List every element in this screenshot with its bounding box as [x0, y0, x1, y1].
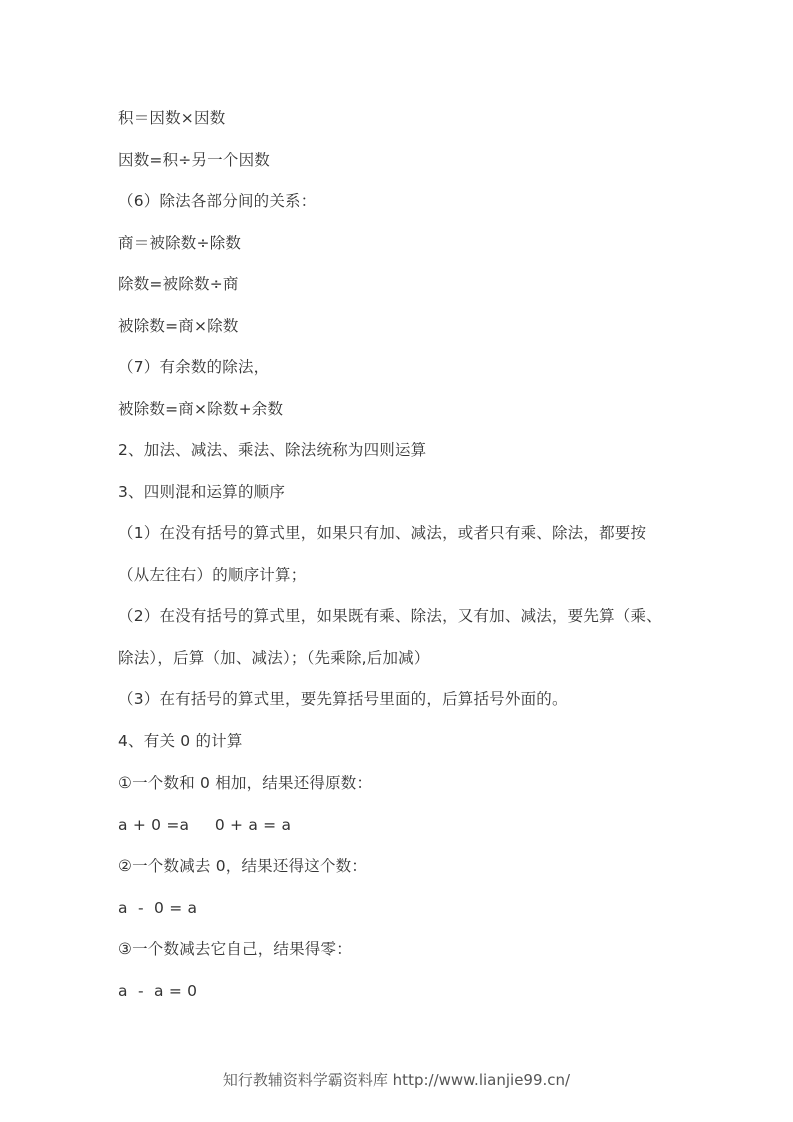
rule-2-line-2: 除法），后算（加、减法）；（先乘除,后加减）: [118, 648, 430, 668]
zero-rule-1: ①一个数和 0 相加，结果还得原数：: [118, 773, 372, 793]
rule-1-line-2: （从左往右）的顺序计算；: [118, 565, 306, 585]
formula-divisor: 除数=被除数÷商: [118, 274, 239, 294]
zero-rule-2: ②一个数减去 0，结果还得这个数：: [118, 856, 367, 876]
document-page: 积＝因数×因数 因数=积÷另一个因数 （6）除法各部分间的关系： 商＝被除数÷除…: [0, 0, 793, 1122]
heading-zero-calculations: 4、有关 0 的计算: [118, 731, 243, 751]
rule-2-line-1: （2）在没有括号的算式里，如果既有乘、除法，又有加、减法，要先算（乘、: [118, 606, 662, 626]
section-heading-remainder-division: （7）有余数的除法，: [118, 357, 269, 377]
section-heading-division-relations: （6）除法各部分间的关系：: [118, 191, 316, 211]
formula-product: 积＝因数×因数: [118, 108, 225, 128]
formula-dividend-remainder: 被除数=商×除数+余数: [118, 399, 283, 419]
paragraph-four-operations: 2、加法、减法、乘法、除法统称为四则运算: [118, 440, 426, 460]
formula-quotient: 商＝被除数÷除数: [118, 233, 241, 253]
heading-mixed-operations-order: 3、四则混和运算的顺序: [118, 482, 285, 502]
formula-dividend: 被除数=商×除数: [118, 316, 239, 336]
zero-formula-3: a - a = 0: [118, 981, 197, 1001]
rule-3: （3）在有括号的算式里，要先算括号里面的，后算括号外面的。: [118, 689, 568, 709]
zero-formula-1: a + 0 =a 0 + a = a: [118, 815, 291, 835]
formula-factor: 因数=积÷另一个因数: [118, 150, 270, 170]
zero-formula-2: a - 0 = a: [118, 898, 197, 918]
page-footer-watermark: 知行教辅资料学霸资料库 http://www.lianjie99.cn/: [0, 1070, 793, 1090]
rule-1-line-1: （1）在没有括号的算式里，如果只有加、减法，或者只有乘、除法，都要按: [118, 523, 646, 543]
zero-rule-3: ③一个数减去它自己，结果得零：: [118, 939, 352, 959]
